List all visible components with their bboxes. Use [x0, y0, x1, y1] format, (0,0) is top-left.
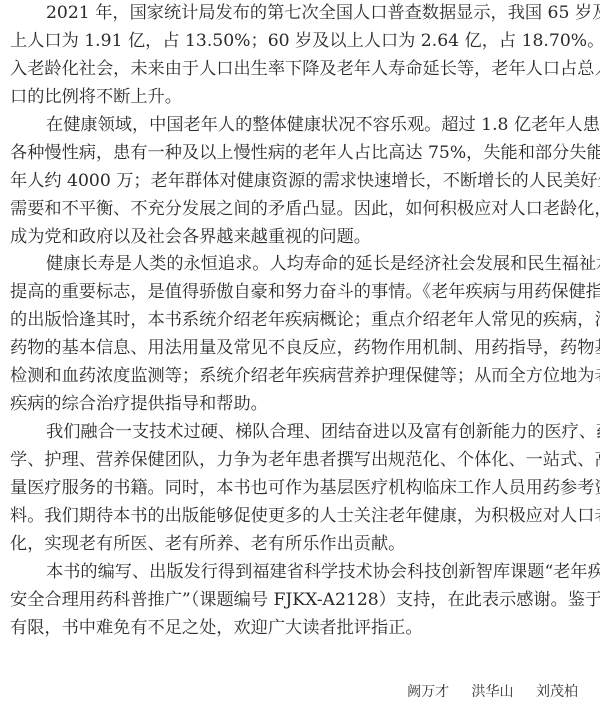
paragraph-health-status: 在健康领域，中国老年人的整体健康状况不容乐观。超过 1.8 亿老年人患有 各种慢…: [10, 112, 588, 252]
paragraph-book-introduction: 健康长寿是人类的永恒追求。人均寿命的延长是经济社会发展和民生福祉水平 提高的重要…: [10, 251, 588, 419]
text-line: 有限，书中难免有不足之处，欢迎广大读者批评指正。: [10, 615, 588, 643]
paragraph-team: 我们融合一支技术过硬、梯队合理、团结奋进以及富有创新能力的医疗、药 学、护理、营…: [10, 419, 588, 559]
text-line: 本书的编写、出版发行得到福建省科学技术协会科技创新智库课题“老年疾病: [10, 559, 588, 587]
text-line: 年人约 4000 万；老年群体对健康资源的需求快速增长，不断增长的人民美好生活: [10, 168, 588, 196]
text-line: 在健康领域，中国老年人的整体健康状况不容乐观。超过 1.8 亿老年人患有: [10, 112, 588, 140]
text-line: 疾病的综合治疗提供指导和帮助。: [10, 391, 588, 419]
text-line: 各种慢性病，患有一种及以上慢性病的老年人占比高达 75%，失能和部分失能老: [10, 140, 588, 168]
author-name: 阙万才: [407, 684, 449, 700]
text-line: 提高的重要标志，是值得骄傲自豪和努力奋斗的事情。《老年疾病与用药保健指导》: [10, 279, 588, 307]
text-line: 2021 年，国家统计局发布的第七次全国人口普查数据显示，我国 65 岁及以: [10, 0, 588, 28]
text-line: 需要和不平衡、不充分发展之间的矛盾凸显。因此，如何积极应对人口老龄化，: [10, 196, 588, 224]
author-name: 刘茂柏: [536, 684, 578, 700]
text-line: 检测和血药浓度监测等；系统介绍老年疾病营养护理保健等；从而全方位地为老年: [10, 363, 588, 391]
text-line: 安全合理用药科普推广”（课题编号 FJKX-A2128）支持，在此表示感谢。鉴于…: [10, 587, 588, 615]
author-signature: 阙万才 洪华山 刘茂柏: [389, 680, 578, 704]
text-line: 口的比例将不断上升。: [10, 84, 588, 112]
paragraph-acknowledgement: 本书的编写、出版发行得到福建省科学技术协会科技创新智库课题“老年疾病 安全合理用…: [10, 559, 588, 643]
text-line: 药物的基本信息、用法用量及常见不良反应，药物作用机制、用药指导，药物基因: [10, 335, 588, 363]
text-line: 健康长寿是人类的永恒追求。人均寿命的延长是经济社会发展和民生福祉水平: [10, 251, 588, 279]
paragraph-population-statistics: 2021 年，国家统计局发布的第七次全国人口普查数据显示，我国 65 岁及以 上…: [10, 0, 588, 112]
text-line: 我们融合一支技术过硬、梯队合理、团结奋进以及富有创新能力的医疗、药: [10, 419, 588, 447]
author-name: 洪华山: [472, 684, 514, 700]
text-line: 上人口为 1.91 亿，占 13.50%；60 岁及以上人口为 2.64 亿，占…: [10, 28, 588, 56]
text-line: 化，实现老有所医、老有所养、老有所乐作出贡献。: [10, 531, 588, 559]
text-line: 料。我们期待本书的出版能够促使更多的人士关注老年健康，为积极应对人口老龄: [10, 503, 588, 531]
text-line: 入老龄化社会，未来由于人口出生率下降及老年人寿命延长等，老年人口占总人: [10, 56, 588, 84]
preface-body: 2021 年，国家统计局发布的第七次全国人口普查数据显示，我国 65 岁及以 上…: [10, 0, 588, 643]
text-line: 成为党和政府以及社会各界越来越重视的问题。: [10, 224, 588, 252]
text-line: 学、护理、营养保健团队，力争为老年患者撰写出规范化、个体化、一站式、高质: [10, 447, 588, 475]
text-line: 的出版恰逢其时，本书系统介绍老年疾病概论；重点介绍老年人常见的疾病，治疗: [10, 307, 588, 335]
text-line: 量医疗服务的书籍。同时，本书也可作为基层医疗机构临床工作人员用药参考资: [10, 475, 588, 503]
